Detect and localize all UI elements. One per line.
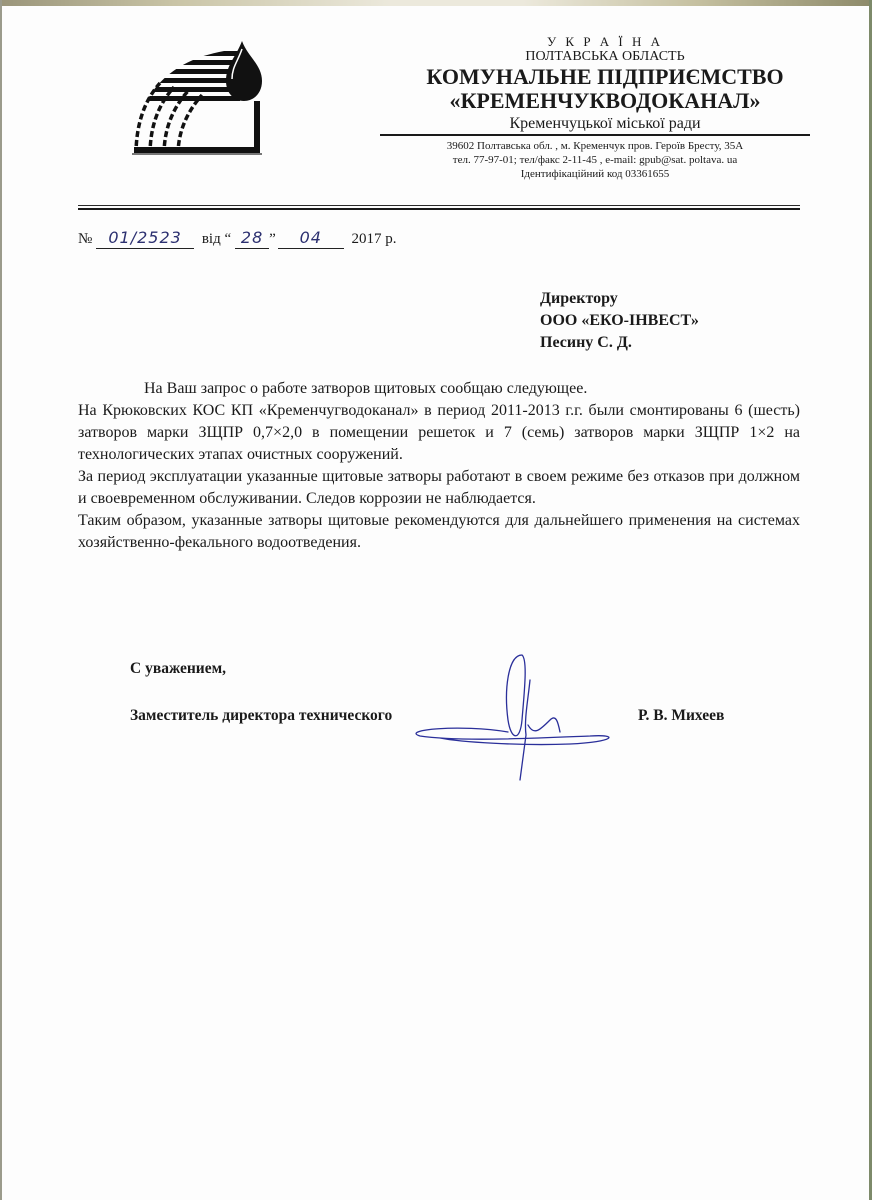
body-paragraph-installation: На Крюковских КОС КП «Кременчугводоканал… bbox=[78, 400, 800, 466]
header-divider-thin bbox=[78, 205, 800, 206]
handwritten-signature-icon bbox=[400, 650, 640, 785]
reference-line: № 01/2523 від “28”04 2017 р. bbox=[78, 228, 401, 249]
body-paragraph-intro: На Ваш запрос о работе затворов щитовых … bbox=[78, 378, 800, 400]
date-prefix: від “ bbox=[202, 231, 231, 247]
closing-regards: С уважением, bbox=[130, 660, 226, 678]
letterhead-id-code: Ідентифікаційний код 03361655 bbox=[390, 167, 800, 181]
letterhead-org-brand: «КРЕМЕНЧУКВОДОКАНАЛ» bbox=[380, 89, 830, 113]
signer-name: Р. В. Михеев bbox=[638, 707, 724, 725]
scan-edge-left bbox=[0, 0, 2, 1200]
header-divider-thick bbox=[78, 208, 800, 210]
date-year: 2017 р. bbox=[352, 231, 397, 247]
addressee-name: Песину С. Д. bbox=[540, 332, 699, 354]
letterhead-divider bbox=[380, 134, 810, 136]
water-drop-arch-logo-icon bbox=[130, 35, 280, 160]
signer-title: Заместитель директора технического bbox=[130, 707, 392, 725]
letterhead-region: ПОЛТАВСЬКА ОБЛАСТЬ bbox=[380, 49, 830, 65]
addressee-position: Директору bbox=[540, 288, 699, 310]
addressee-block: Директору ООО «ЕКО-ІНВЕСТ» Песину С. Д. bbox=[540, 288, 699, 354]
letterhead-address: 39602 Полтавська обл. , м. Кременчук про… bbox=[390, 139, 800, 153]
letterhead-country: У К Р А Ї Н А bbox=[380, 34, 830, 49]
scan-edge-top bbox=[0, 0, 872, 6]
handwritten-month: 04 bbox=[278, 228, 344, 249]
number-sign: № bbox=[78, 231, 92, 247]
handwritten-ref-number: 01/2523 bbox=[96, 228, 194, 249]
addressee-company: ООО «ЕКО-ІНВЕСТ» bbox=[540, 310, 699, 332]
letterhead: У К Р А Ї Н А ПОЛТАВСЬКА ОБЛАСТЬ КОМУНАЛ… bbox=[380, 34, 830, 134]
letter-body: На Ваш запрос о работе затворов щитовых … bbox=[78, 378, 800, 554]
body-paragraph-operation: За период эксплуатации указанные щитовые… bbox=[78, 466, 800, 510]
handwritten-day: 28 bbox=[235, 228, 269, 249]
date-quote-close: ” bbox=[269, 231, 276, 247]
letterhead-council: Кременчуцької міської ради bbox=[380, 114, 830, 134]
letterhead-org-name: КОМУНАЛЬНЕ ПІДПРИЄМСТВО bbox=[380, 65, 830, 89]
letterhead-phone-email: тел. 77-97-01; тел/факс 2-11-45 , e-mail… bbox=[390, 153, 800, 167]
body-paragraph-recommendation: Таким образом, указанные затворы щитовые… bbox=[78, 510, 800, 554]
letterhead-contacts: 39602 Полтавська обл. , м. Кременчук про… bbox=[390, 139, 800, 181]
